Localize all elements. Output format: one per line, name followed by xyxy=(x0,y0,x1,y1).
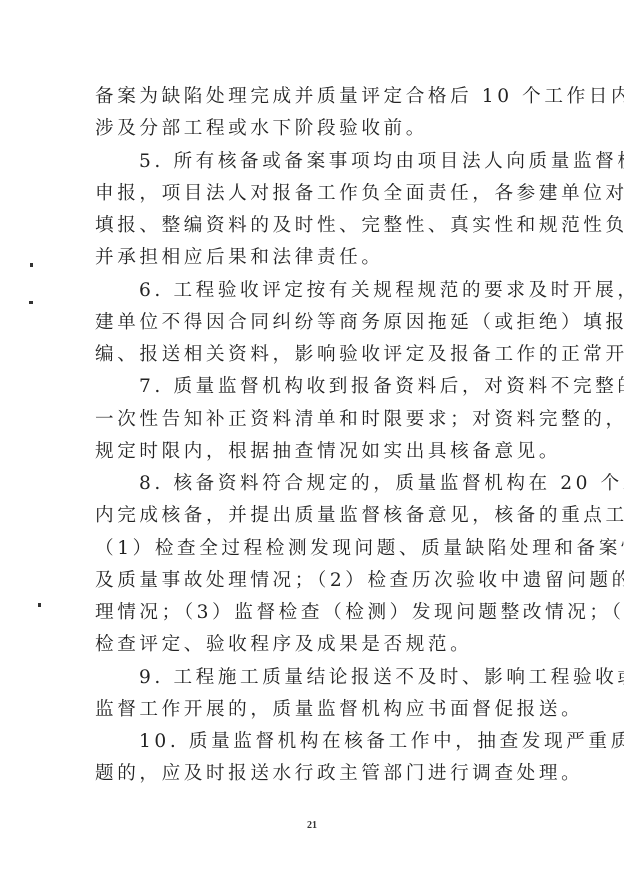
text-line: 规定时限内，根据抽查情况如实出具核备意见。 xyxy=(95,436,531,468)
text-line: 申报，项目法人对报备工作负全面责任，各参建单位对各自 xyxy=(95,178,531,210)
text-line: 建单位不得因合同纠纷等商务原因拖延（或拒绝）填报、整 xyxy=(95,307,531,339)
text-line: 并承担相应后果和法律责任。 xyxy=(95,242,531,274)
scan-margin-mark xyxy=(30,263,33,267)
paragraph-10-start: 10. 质量监督机构在核备工作中，抽查发现严重质量问 xyxy=(95,726,531,758)
text-line: 内完成核备，并提出质量监督核备意见，核备的重点工作： xyxy=(95,500,531,532)
text-line: 监督工作开展的，质量监督机构应书面督促报送。 xyxy=(95,694,531,726)
text-line: 题的，应及时报送水行政主管部门进行调查处理。 xyxy=(95,758,531,790)
text-line: 理情况；（3）监督检查（检测）发现问题整改情况；（4） xyxy=(95,597,531,629)
text-line: 备案为缺陷处理完成并质量评定合格后 10 个工作日内并在 xyxy=(95,81,531,113)
text-line: 填报、整编资料的及时性、完整性、真实性和规范性负责， xyxy=(95,210,531,242)
paragraph-8-start: 8. 核备资料符合规定的，质量监督机构在 20 个工作日 xyxy=(95,468,531,500)
page-number: 21 xyxy=(0,820,624,831)
document-body: 备案为缺陷处理完成并质量评定合格后 10 个工作日内并在 涉及分部工程或水下阶段… xyxy=(95,81,531,791)
scan-margin-mark xyxy=(29,301,33,304)
text-line: 及质量事故处理情况；（2）检查历次验收中遗留问题的处 xyxy=(95,565,531,597)
paragraph-5-start: 5. 所有核备或备案事项均由项目法人向质量监督机构 xyxy=(95,146,531,178)
text-line: 一次性告知补正资料清单和时限要求；对资料完整的，应在 xyxy=(95,404,531,436)
document-page: 备案为缺陷处理完成并质量评定合格后 10 个工作日内并在 涉及分部工程或水下阶段… xyxy=(0,0,624,884)
text-line: 编、报送相关资料，影响验收评定及报备工作的正常开展。 xyxy=(95,339,531,371)
paragraph-6-start: 6. 工程验收评定按有关规程规范的要求及时开展，各参 xyxy=(95,275,531,307)
text-line: 涉及分部工程或水下阶段验收前。 xyxy=(95,113,531,145)
paragraph-9-start: 9. 工程施工质量结论报送不及时、影响工程验收或质量 xyxy=(95,662,531,694)
text-line: 检查评定、验收程序及成果是否规范。 xyxy=(95,629,531,661)
text-line: （1）检查全过程检测发现问题、质量缺陷处理和备案情况 xyxy=(95,533,531,565)
scan-margin-mark xyxy=(38,603,41,607)
paragraph-7-start: 7. 质量监督机构收到报备资料后，对资料不完整的，应 xyxy=(95,371,531,403)
